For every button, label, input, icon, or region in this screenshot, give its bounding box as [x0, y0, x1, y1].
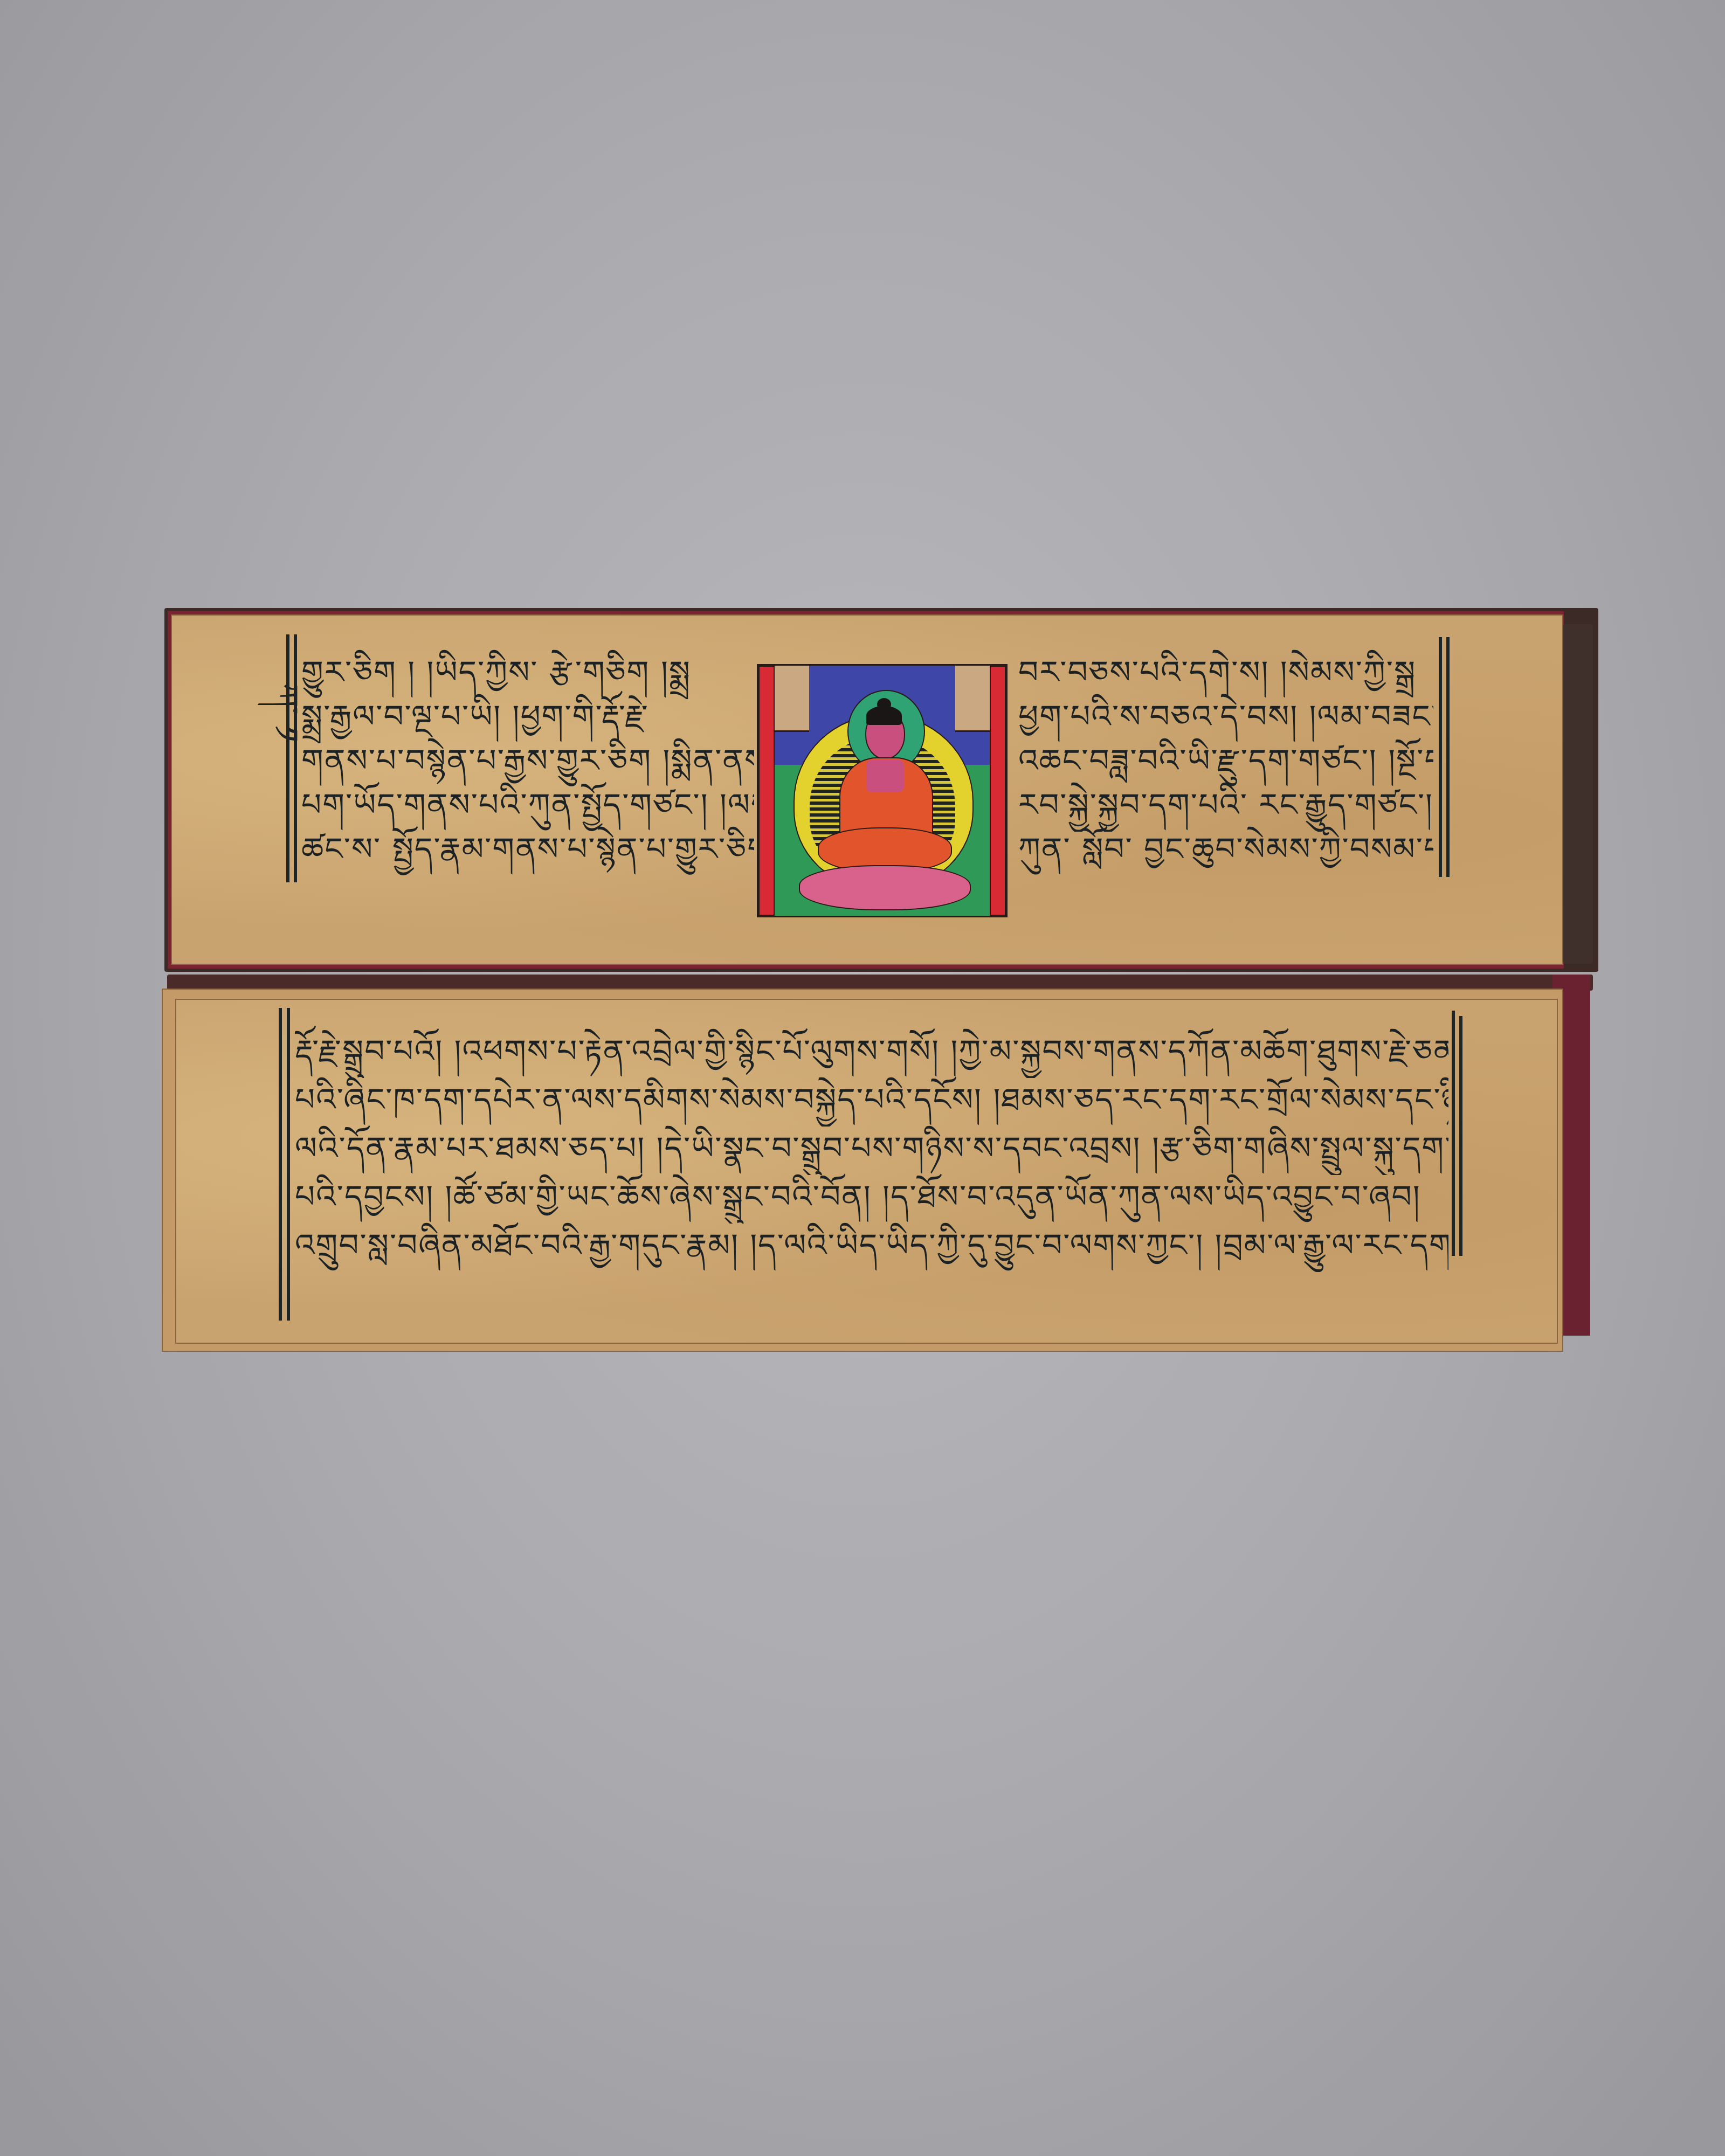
- left-border-rule: [287, 1008, 290, 1321]
- left-border-rule: [286, 634, 289, 882]
- bottom-text-block: རྡོ་རྗེ་སྒྲུབ་པའོ། །འཕགས་པ་རྟེན་འབྲེལ་གྱ…: [295, 1024, 1448, 1283]
- left-text-block: གྱུར་ཅིག ། །ཡིད་ཀྱིས་ རྩེ་གཅིག །སྨྲ སྨྲ་…: [301, 645, 754, 872]
- text-line: ཚང་ས་ སྤྱོད་རྣམ་གནས་པ་སྙེན་པ་གྱུར་ཅིག: [301, 822, 754, 876]
- text-line: འགྲུབ་སླ་བཞིན་མཐོང་བའི་རྒྱ་གདུང་རྣམ། །ད་…: [295, 1218, 1448, 1272]
- lotus-seat: [799, 865, 971, 910]
- buddha-ushnisha: [877, 698, 891, 711]
- bottom-folio-page: རྡོ་རྗེ་སྒྲུབ་པའོ། །འཕགས་པ་རྟེན་འབྲེལ་གྱ…: [175, 999, 1558, 1344]
- pillar-right: [990, 666, 1006, 916]
- bottom-folio: རྡོ་རྗེ་སྒྲུབ་པའོ། །འཕགས་པ་རྟེན་འབྲེལ་གྱ…: [162, 975, 1596, 1352]
- right-border-rule: [1446, 637, 1450, 877]
- text-line: པའི་དབྱངས། །ཚོ་ཙམ་གྱི་ཡང་ཆོས་ཞེས་སྒྲུང་བ…: [295, 1170, 1448, 1224]
- buddha-painting: [757, 664, 1008, 917]
- text-line: ལའི་དོན་རྣམ་པར་ཐམས་ཅད་པ། །དེ་ཡི་སྣང་བ་སྒ…: [295, 1121, 1448, 1175]
- top-folio-page: ཀ་ ༡ གྱུར་ཅིག ། །ཡིད་ཀྱིས་ རྩེ་གཅིག །སྨྲ…: [171, 614, 1563, 965]
- buddha-chest: [866, 760, 904, 792]
- right-border-rule: [1459, 1016, 1462, 1256]
- right-text-block: བར་བཅས་པའི་དགེ་ས། །སེམས་ཀྱི་སྒྲ ཕྱག་པའི་…: [1018, 645, 1433, 872]
- top-folio: ཀ་ ༡ གྱུར་ཅིག ། །ཡིད་ཀྱིས་ རྩེ་གཅིག །སྨྲ…: [164, 608, 1598, 972]
- right-border-rule: [1452, 1011, 1455, 1256]
- top-folio-spine-right: [1563, 624, 1593, 964]
- left-border-rule: [294, 634, 297, 882]
- left-border-rule: [279, 1008, 282, 1321]
- curtain-right: [955, 666, 993, 732]
- curtain-left: [771, 666, 809, 732]
- text-line: པའི་ཞིང་ཁ་དག་དཔེར་ན་ལས་དམིགས་སེམས་བསྐྱེད…: [295, 1073, 1448, 1127]
- pillar-left: [758, 666, 775, 916]
- text-line: ཀུན་ སློབ་ བྱང་ཆུབ་སེམས་ཀྱི་བསམ་པ...: [1018, 822, 1433, 876]
- right-border-rule: [1439, 637, 1442, 877]
- text-line: རྡོ་རྗེ་སྒྲུབ་པའོ། །འཕགས་པ་རྟེན་འབྲེལ་གྱ…: [295, 1024, 1448, 1078]
